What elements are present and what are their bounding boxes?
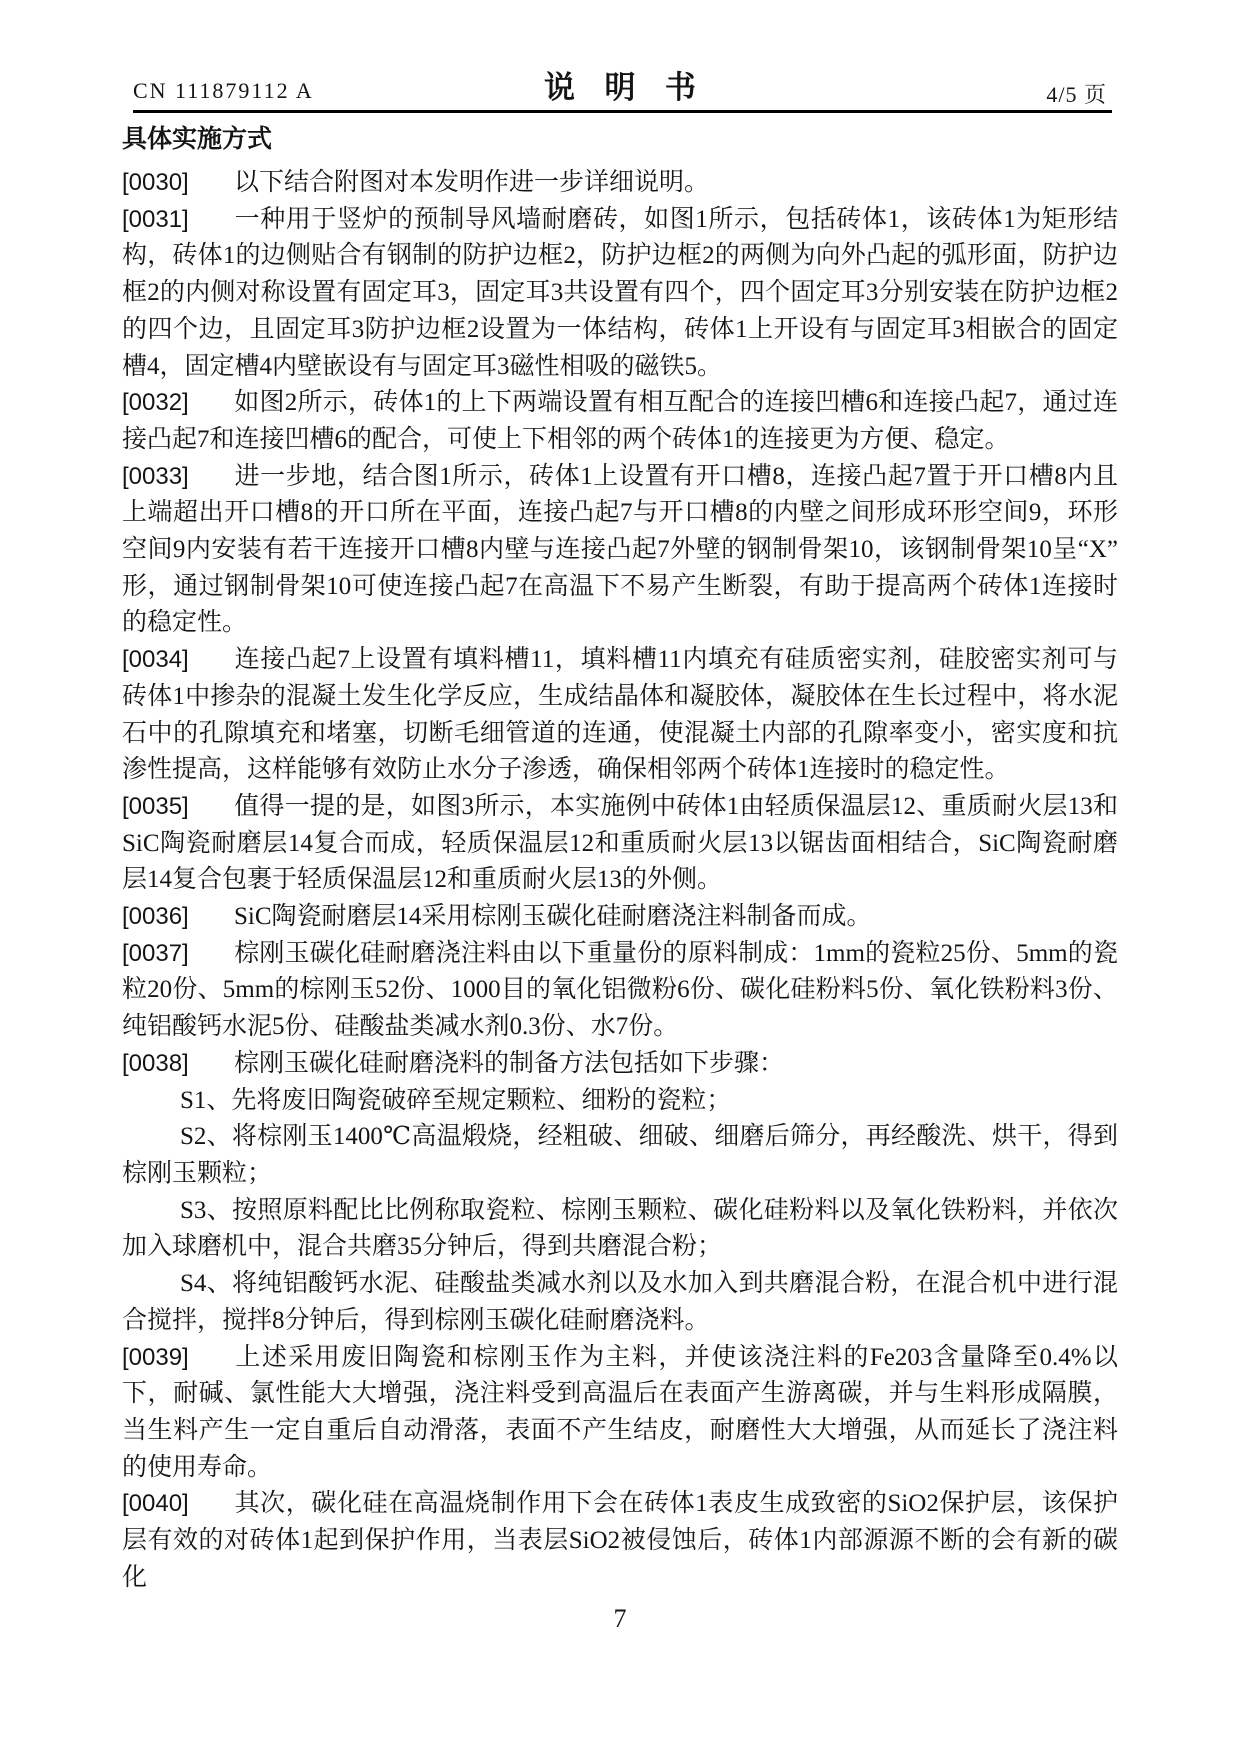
paragraph-text: SiC陶瓷耐磨层14采用棕刚玉碳化硅耐磨浇注料制备而成。 [234,903,872,930]
paragraph-number: [0037] [122,936,234,973]
paragraph-text: 连接凸起7上设置有填料槽11，填料槽11内填充有硅质密实剂，硅胶密实剂可与砖体1… [122,646,1118,783]
paragraph-text: 其次，碳化硅在高温烧制作用下会在砖体1表皮生成致密的SiO2保护层，该保护层有效… [122,1490,1118,1590]
paragraph-text: 棕刚玉碳化硅耐磨浇注料由以下重量份的原料制成：1mm的瓷粒25份、5mm的瓷粒2… [122,940,1118,1040]
paragraph-number: [0040] [122,1486,234,1523]
paragraph-number: [0036] [122,899,234,936]
paragraphs-container: [0030]以下结合附图对本发明作进一步详细说明。[0031]一种用于竖炉的预制… [122,165,1118,1596]
paragraph: [0038]棕刚玉碳化硅耐磨浇料的制备方法包括如下步骤： [122,1046,1118,1083]
paragraph-text: 以下结合附图对本发明作进一步详细说明。 [234,169,709,196]
document-body: 具体实施方式 [0030]以下结合附图对本发明作进一步详细说明。[0031]一种… [122,121,1118,1596]
paragraph: [0036]SiC陶瓷耐磨层14采用棕刚玉碳化硅耐磨浇注料制备而成。 [122,899,1118,936]
paragraph: [0039]上述采用废旧陶瓷和棕刚玉作为主料，并使该浇注料的Fe203含量降至0… [122,1340,1118,1487]
paragraph-text: S2、将棕刚玉1400℃高温煅烧，经粗破、细破、细磨后筛分，再经酸洗、烘干，得到… [122,1123,1118,1187]
page-footer: 7 [0,1604,1240,1634]
paragraph-number: [0034] [122,642,234,679]
step-line: S3、按照原料配比比例称取瓷粒、棕刚玉颗粒、碳化硅粉料以及氧化铁粉料，并依次加入… [122,1193,1118,1266]
step-line: S1、先将废旧陶瓷破碎至规定颗粒、细粉的瓷粒； [122,1083,1118,1120]
paragraph-number: [0035] [122,789,234,826]
paragraph: [0037]棕刚玉碳化硅耐磨浇注料由以下重量份的原料制成：1mm的瓷粒25份、5… [122,936,1118,1046]
paragraph-text: 进一步地，结合图1所示，砖体1上设置有开口槽8，连接凸起7置于开口槽8内且上端超… [122,463,1118,637]
paragraph: [0030]以下结合附图对本发明作进一步详细说明。 [122,165,1118,202]
step-line: S4、将纯铝酸钙水泥、硅酸盐类减水剂以及水加入到共磨混合粉，在混合机中进行混合搅… [122,1266,1118,1339]
paragraph-number: [0033] [122,459,234,496]
page-number: 7 [614,1604,627,1633]
paragraph-text: S1、先将废旧陶瓷破碎至规定颗粒、细粉的瓷粒； [180,1087,731,1114]
page-indicator: 4/5 页 [1046,78,1107,109]
paragraph-text: S4、将纯铝酸钙水泥、硅酸盐类减水剂以及水加入到共磨混合粉，在混合机中进行混合搅… [122,1270,1118,1334]
paragraph-number: [0031] [122,202,234,239]
paragraph-number: [0030] [122,165,234,202]
paragraph-text: 棕刚玉碳化硅耐磨浇料的制备方法包括如下步骤： [234,1050,784,1077]
paragraph-number: [0038] [122,1046,234,1083]
paragraph: [0031]一种用于竖炉的预制导风墙耐磨砖，如图1所示，包括砖体1，该砖体1为矩… [122,202,1118,386]
paragraph: [0035]值得一提的是，如图3所示，本实施例中砖体1由轻质保温层12、重质耐火… [122,789,1118,899]
paragraph: [0032]如图2所示，砖体1的上下两端设置有相互配合的连接凹槽6和连接凸起7，… [122,385,1118,458]
paragraph: [0034]连接凸起7上设置有填料槽11，填料槽11内填充有硅质密实剂，硅胶密实… [122,642,1118,789]
paragraph-text: 一种用于竖炉的预制导风墙耐磨砖，如图1所示，包括砖体1，该砖体1为矩形结构，砖体… [122,206,1118,380]
paragraph-text: S3、按照原料配比比例称取瓷粒、棕刚玉颗粒、碳化硅粉料以及氧化铁粉料，并依次加入… [122,1197,1118,1261]
step-line: S2、将棕刚玉1400℃高温煅烧，经粗破、细破、细磨后筛分，再经酸洗、烘干，得到… [122,1119,1118,1192]
section-heading: 具体实施方式 [122,121,1118,158]
paragraph-number: [0039] [122,1340,234,1377]
header-rule [133,110,1112,113]
paragraph-number: [0032] [122,385,234,422]
paragraph: [0033]进一步地，结合图1所示，砖体1上设置有开口槽8，连接凸起7置于开口槽… [122,459,1118,643]
paragraph-text: 值得一提的是，如图3所示，本实施例中砖体1由轻质保温层12、重质耐火层13和Si… [122,793,1118,893]
paragraph-text: 上述采用废旧陶瓷和棕刚玉作为主料，并使该浇注料的Fe203含量降至0.4%以下，… [122,1344,1118,1481]
paragraph-text: 如图2所示，砖体1的上下两端设置有相互配合的连接凹槽6和连接凸起7，通过连接凸起… [122,389,1118,453]
patent-page: CN 111879112 A 说明书 4/5 页 具体实施方式 [0030]以下… [0,0,1240,1754]
paragraph: [0040]其次，碳化硅在高温烧制作用下会在砖体1表皮生成致密的SiO2保护层，… [122,1486,1118,1596]
